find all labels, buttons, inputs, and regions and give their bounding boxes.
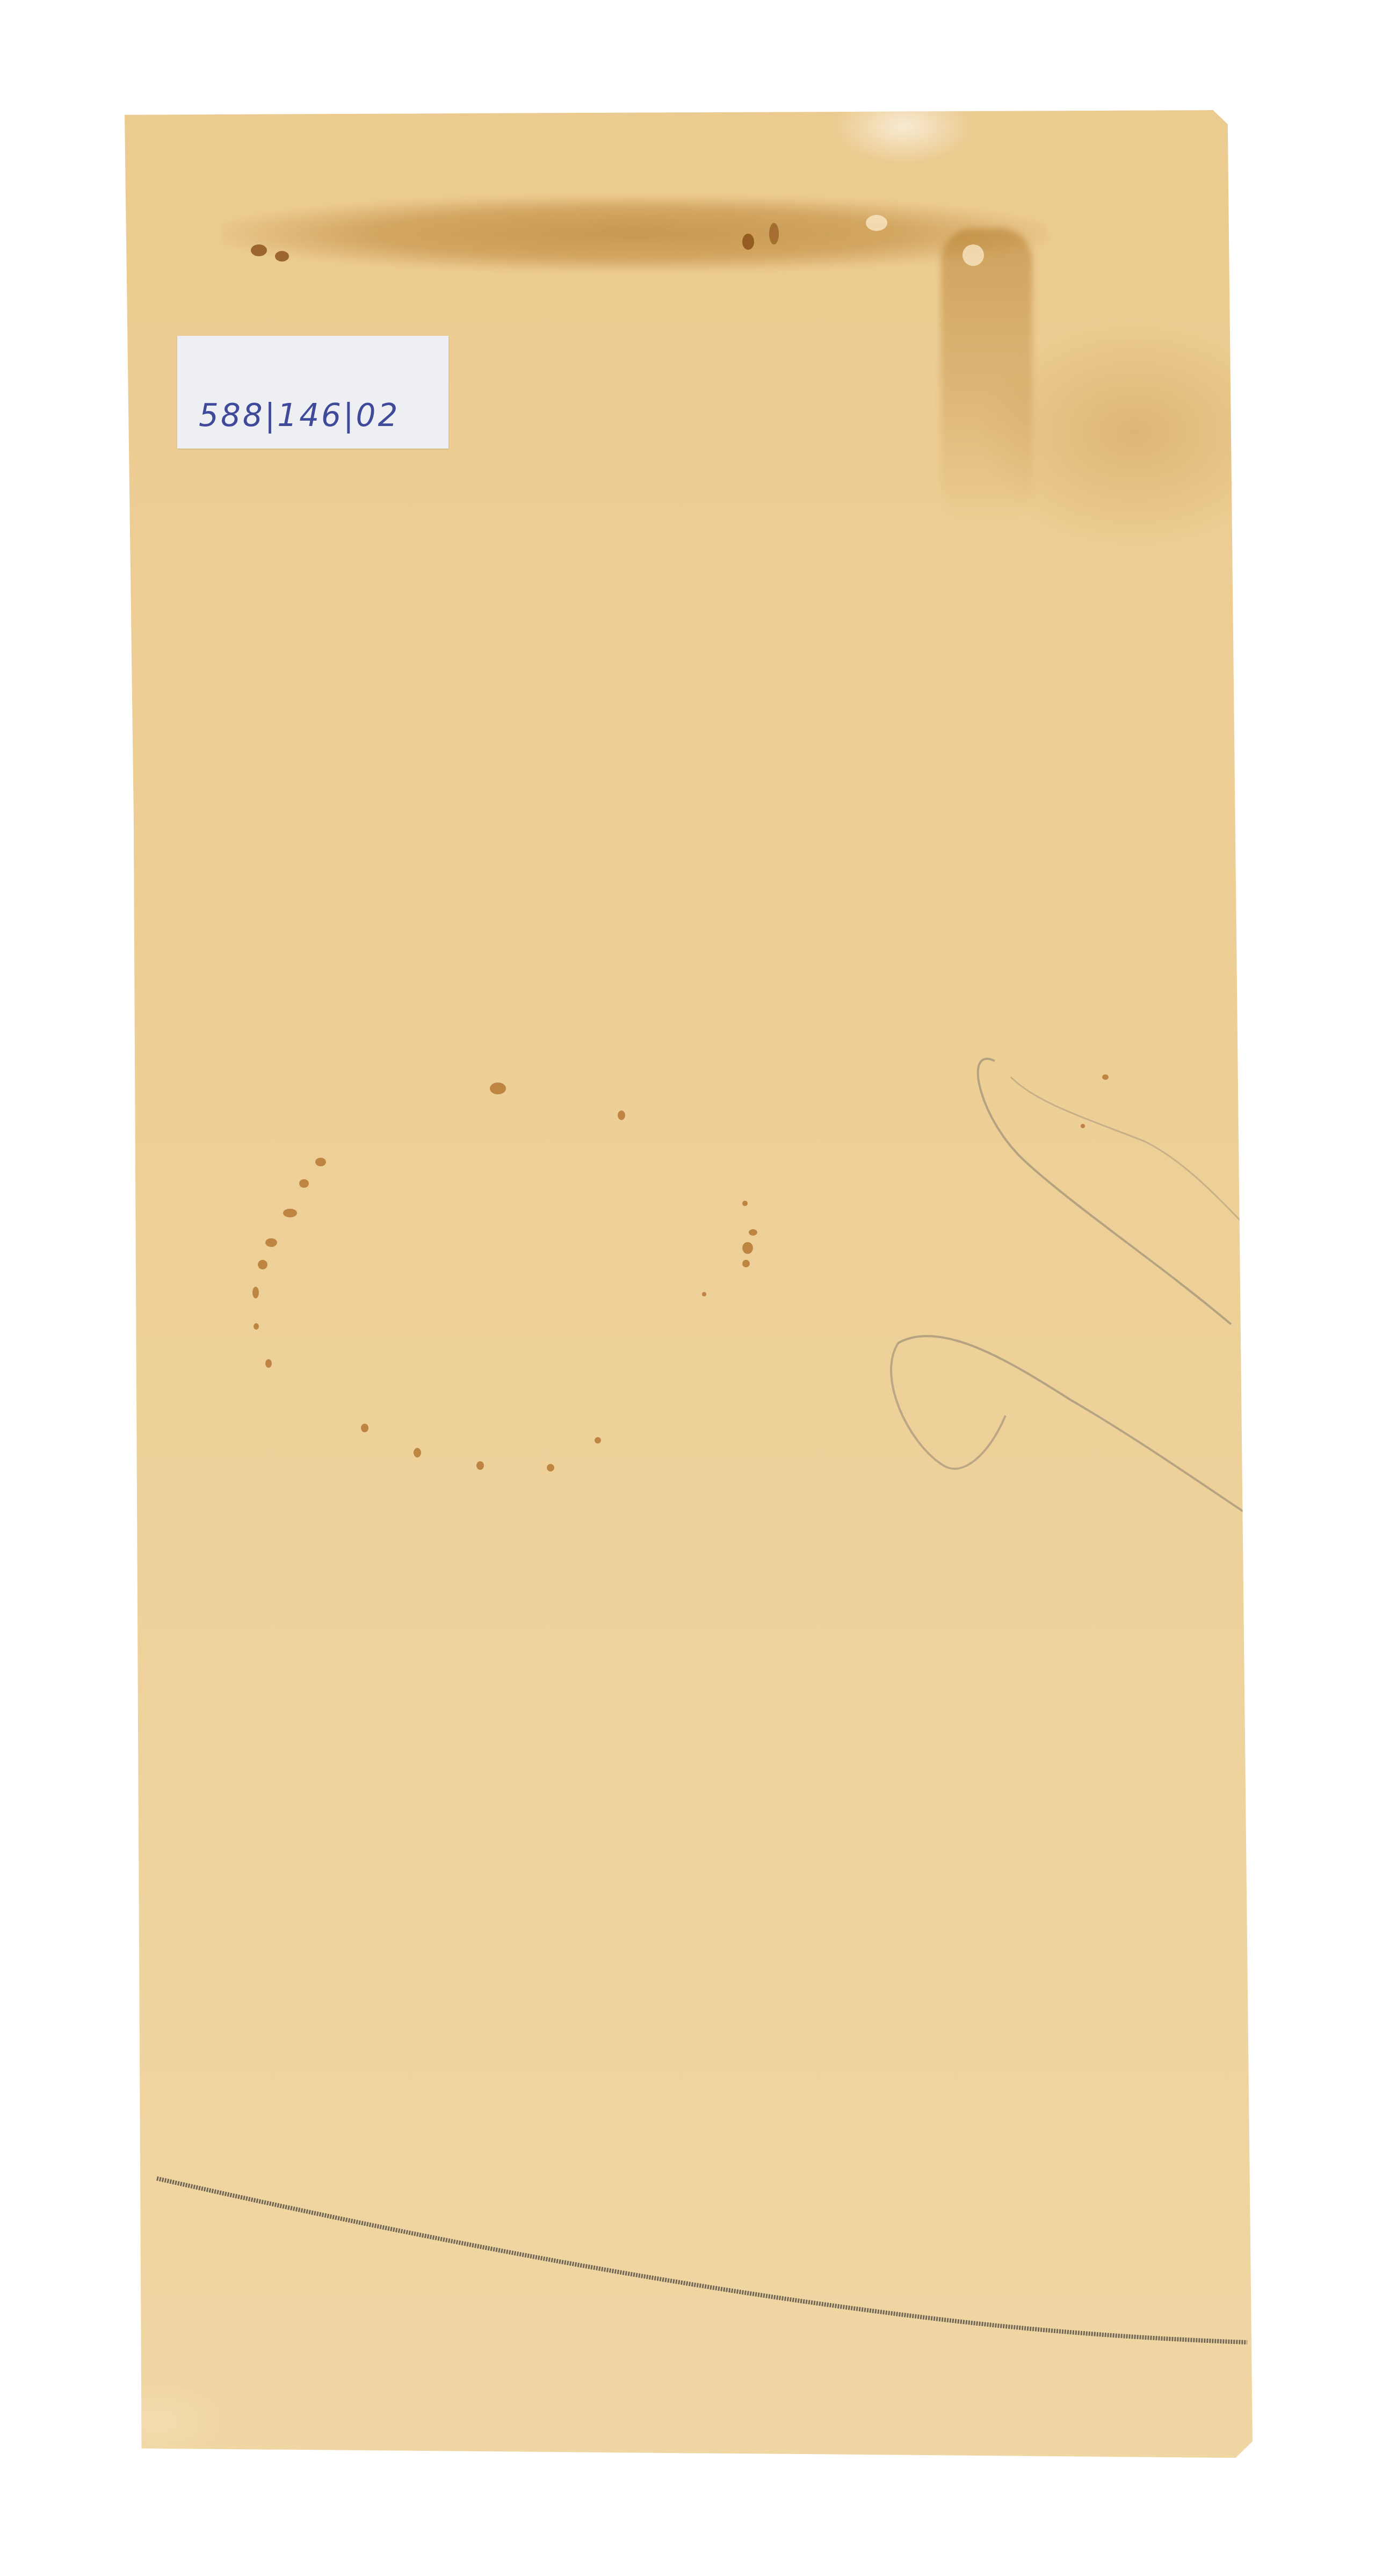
foxing-dot [742,1242,753,1254]
foxing-dot [258,1260,267,1269]
foxing-dot [702,1292,706,1296]
foxing-dot [1102,1074,1109,1080]
foxing-dot [1081,1124,1085,1128]
foxing-dot [742,1260,750,1267]
foxing-dot [414,1448,421,1457]
foxing-dot [742,1201,748,1206]
foxing-dot [299,1179,309,1188]
inventory-number: 588|146|02 [199,397,400,434]
foxing-dot [476,1461,484,1470]
pencil-marks [125,110,1253,2458]
stain-spot [251,244,267,256]
stain-spot [769,223,779,244]
stain-spot [866,215,887,231]
foxing-dot [254,1323,259,1330]
foxing-dot [490,1083,506,1094]
water-stain-band [221,196,1048,271]
foxing-dot [315,1158,326,1166]
foxing-dot [595,1437,601,1444]
stain-spot [275,251,289,262]
stain-spot [962,244,984,266]
foxing-dot [547,1464,554,1471]
inventory-label: 588|146|02 [177,336,448,449]
water-stain-drip [941,228,1032,518]
paper-card: 588|146|02 [125,110,1253,2458]
stain-spot [742,234,754,250]
foxing-dot [361,1424,368,1432]
foxing-dot [749,1229,757,1236]
foxing-dot [252,1287,259,1298]
foxing-dot [265,1238,277,1247]
foxing-dot [618,1110,625,1120]
foxing-dot [283,1209,297,1217]
foxing-dot [265,1359,272,1368]
bleached-area [834,110,973,164]
